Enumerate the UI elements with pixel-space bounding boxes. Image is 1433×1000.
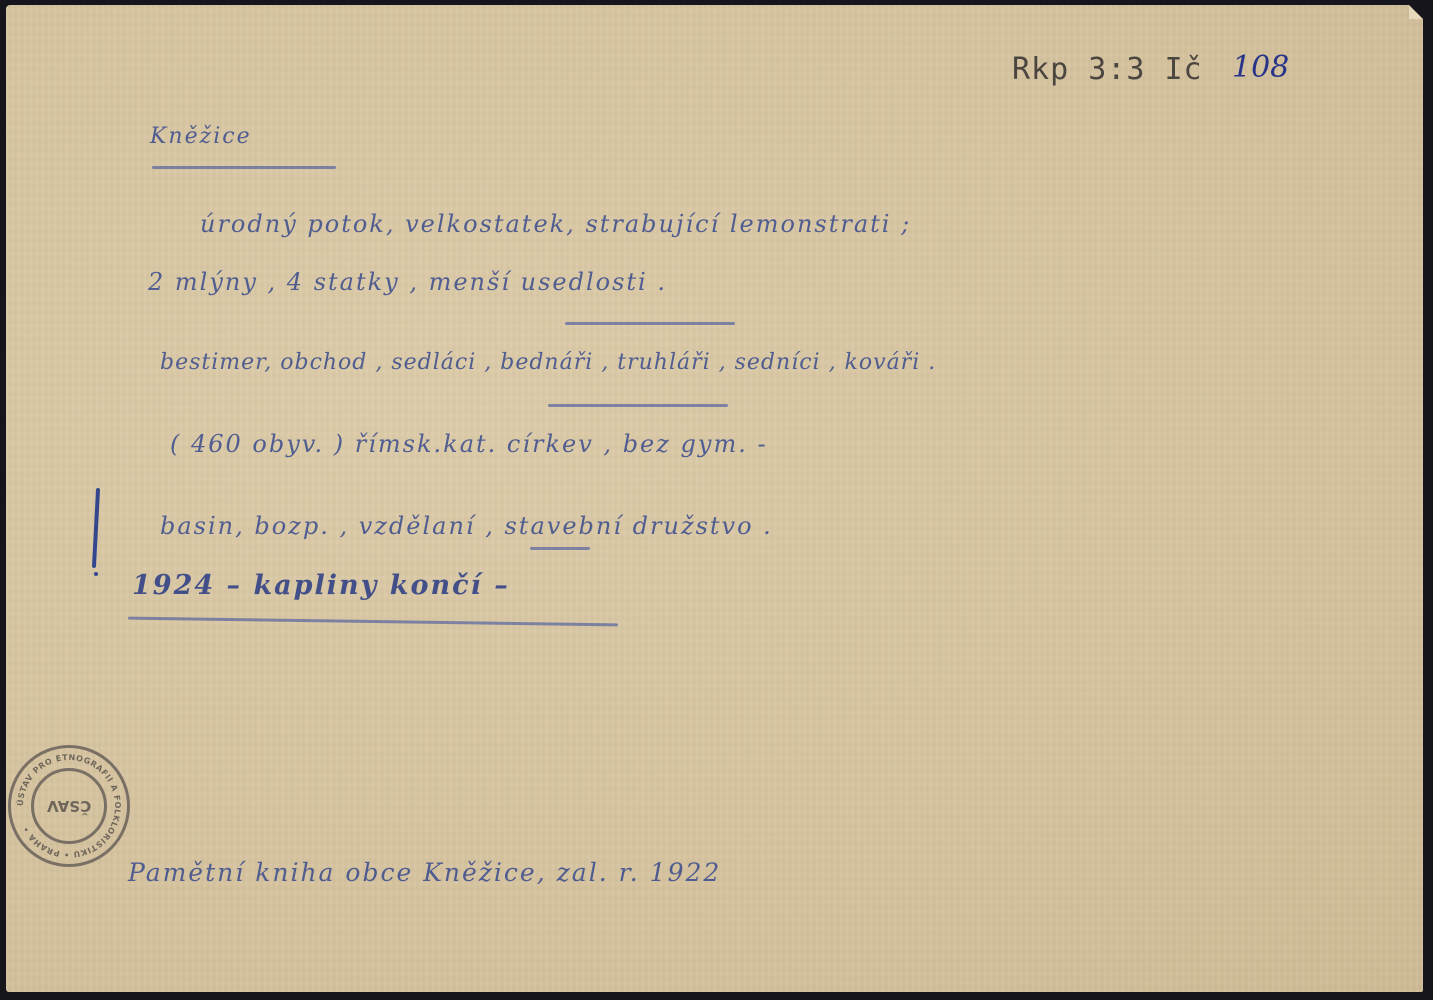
text-line-2: 2 mlýny , 4 statky , menší usedlosti .	[148, 268, 667, 296]
archival-card	[6, 5, 1423, 992]
underline-mensi-usedlosti	[565, 322, 735, 325]
text-line-6: 1924 – kapliny končí –	[132, 570, 510, 601]
exclamation-mark-dot	[94, 572, 98, 576]
underline-sedlaci	[548, 404, 728, 407]
text-line-1: úrodný potok, velkostatek, strabující le…	[200, 210, 911, 238]
underline-vzdelani	[530, 547, 590, 550]
stamp-center-text: ČSAV	[47, 797, 91, 815]
text-line-4: ( 460 obyv. ) římsk.kat. církev , bez gy…	[170, 430, 768, 458]
handwritten-shelf-number: 108	[1232, 50, 1289, 85]
text-line-3: bestimer, obchod , sedláci , bednáři , t…	[160, 350, 936, 375]
footer-source-note: Pamětní kniha obce Kněžice, zal. r. 1922	[128, 858, 721, 887]
heading-underline	[152, 166, 336, 169]
folded-corner	[1409, 5, 1423, 19]
text-line-5: basin, bozp. , vzdělaní , stavební družs…	[160, 512, 773, 540]
stamp-inner-ring: ČSAV	[31, 768, 107, 844]
typed-shelfmark: Rkp 3:3 Ič	[1012, 52, 1203, 87]
card-heading: Kněžice	[150, 124, 252, 149]
institution-stamp: ÚSTAV PRO ETNOGRAFII A FOLKLORISTIKU • P…	[8, 745, 130, 867]
